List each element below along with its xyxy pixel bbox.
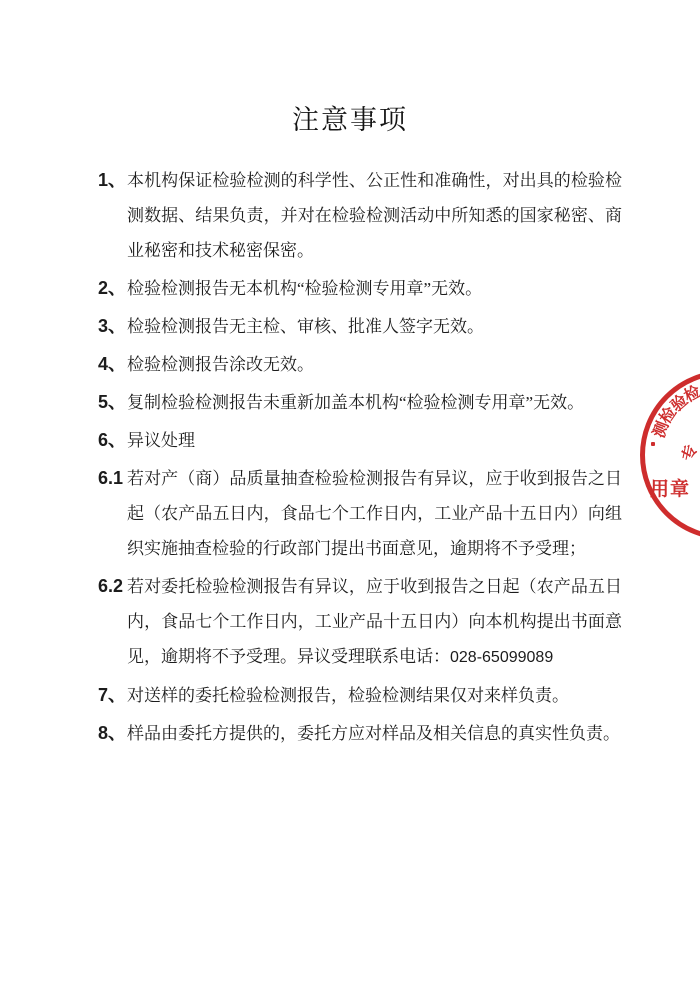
item-number: 7、	[98, 678, 127, 713]
item-text: 检验检测报告无本机构“检验检测专用章”无效。	[127, 271, 622, 306]
text-line: 见，逾期将不予受理。异议受理联系电话：028-65099089	[127, 639, 622, 675]
item-number: 5、	[98, 385, 127, 420]
text-line-content: 本机构保证检验检测的科学性、公正性和准确性，对出具的检验检	[127, 171, 622, 190]
stamp-arc-char: 检	[656, 403, 681, 428]
text-line: 起（农产品五日内，食品七个工作日内，工业产品十五日内）向组	[127, 496, 622, 531]
text-line: 样品由委托方提供的，委托方应对样品及相关信息的真实性负责。	[127, 716, 622, 751]
item-number: 6、	[98, 423, 127, 458]
text-line-content: 若对产（商）品质量抽查检验检测报告有异议，应于收到报告之日	[127, 469, 622, 488]
text-line: 异议处理	[127, 423, 622, 458]
text-line-content: 异议处理	[127, 431, 195, 450]
page-title: 注意事项	[0, 98, 700, 137]
item-number: 8、	[98, 716, 127, 751]
stamp-arc-char: 测	[650, 418, 673, 441]
text-line: 检验检测报告无主检、审核、批准人签字无效。	[127, 309, 622, 344]
notice-item: 1、本机构保证检验检测的科学性、公正性和准确性，对出具的检验检测数据、结果负责，…	[98, 163, 624, 268]
item-text: 本机构保证检验检测的科学性、公正性和准确性，对出具的检验检测数据、结果负责，并对…	[127, 163, 622, 268]
stamp-horizontal-text: 用章	[650, 474, 690, 501]
stamp-arc-char: 检	[681, 383, 700, 407]
phone-number: 028-65099089	[450, 649, 553, 666]
item-text: 若对委托检验检测报告有异议，应于收到报告之日起（农产品五日内，食品七个工作日内，…	[127, 569, 622, 675]
notice-item: 6.2若对委托检验检测报告有异议，应于收到报告之日起（农产品五日内，食品七个工作…	[98, 569, 624, 675]
text-line: 对送样的委托检验检测报告，检验检测结果仅对来样负责。	[127, 678, 622, 713]
item-number: 6.1	[98, 461, 127, 566]
text-line: 织实施抽查检验的行政部门提出书面意见，逾期将不予受理；	[127, 531, 622, 566]
text-line: 检验检测报告涂改无效。	[127, 347, 622, 382]
text-line-content: 对送样的委托检验检测报告，检验检测结果仅对来样负责。	[127, 686, 569, 705]
text-line-content: 复制检验检测报告未重新加盖本机构“检验检测专用章”无效。	[127, 393, 584, 412]
item-number: 4、	[98, 347, 127, 382]
notice-item: 6.1若对产（商）品质量抽查检验检测报告有异议，应于收到报告之日起（农产品五日内…	[98, 461, 624, 566]
text-line: 测数据、结果负责，并对在检验检测活动中所知悉的国家秘密、商	[127, 198, 622, 233]
notice-item: 3、检验检测报告无主检、审核、批准人签字无效。	[98, 309, 624, 344]
text-line: 若对委托检验检测报告有异议，应于收到报告之日起（农产品五日	[127, 569, 622, 604]
inspection-seal-stamp: 检 验 检 测 专 用章	[640, 370, 700, 540]
text-line: 业秘密和技术秘密保密。	[127, 233, 622, 268]
item-number: 6.2	[98, 569, 127, 675]
text-line-content: 织实施抽查检验的行政部门提出书面意见，逾期将不予受理；	[127, 539, 586, 558]
item-text: 样品由委托方提供的，委托方应对样品及相关信息的真实性负责。	[127, 716, 622, 751]
item-number: 3、	[98, 309, 127, 344]
notice-item: 4、检验检测报告涂改无效。	[98, 347, 624, 382]
item-text: 若对产（商）品质量抽查检验检测报告有异议，应于收到报告之日起（农产品五日内，食品…	[127, 461, 622, 566]
notice-item: 6、异议处理	[98, 423, 624, 458]
item-text: 检验检测报告涂改无效。	[127, 347, 622, 382]
text-line-content: 业秘密和技术秘密保密。	[127, 241, 314, 260]
stamp-arc-char: 专	[680, 442, 700, 463]
notice-list: 1、本机构保证检验检测的科学性、公正性和准确性，对出具的检验检测数据、结果负责，…	[98, 163, 624, 754]
text-line: 本机构保证检验检测的科学性、公正性和准确性，对出具的检验检	[127, 163, 622, 198]
text-line-content: 若对委托检验检测报告有异议，应于收到报告之日起（农产品五日	[127, 577, 622, 596]
text-line-content: 见，逾期将不予受理。异议受理联系电话：	[127, 647, 450, 666]
text-line: 内，食品七个工作日内，工业产品十五日内）向本机构提出书面意	[127, 604, 622, 639]
notice-item: 5、复制检验检测报告未重新加盖本机构“检验检测专用章”无效。	[98, 385, 624, 420]
text-line: 检验检测报告无本机构“检验检测专用章”无效。	[127, 271, 622, 306]
item-number: 1、	[98, 163, 127, 268]
text-line-content: 起（农产品五日内，食品七个工作日内，工业产品十五日内）向组	[127, 504, 622, 523]
notice-item: 7、对送样的委托检验检测报告，检验检测结果仅对来样负责。	[98, 678, 624, 713]
notice-item: 8、样品由委托方提供的，委托方应对样品及相关信息的真实性负责。	[98, 716, 624, 751]
item-text: 对送样的委托检验检测报告，检验检测结果仅对来样负责。	[127, 678, 622, 713]
text-line: 复制检验检测报告未重新加盖本机构“检验检测专用章”无效。	[127, 385, 622, 420]
text-line: 若对产（商）品质量抽查检验检测报告有异议，应于收到报告之日	[127, 461, 622, 496]
item-number: 2、	[98, 271, 127, 306]
text-line-content: 样品由委托方提供的，委托方应对样品及相关信息的真实性负责。	[127, 724, 620, 743]
item-text: 异议处理	[127, 423, 622, 458]
text-line-content: 检验检测报告无主检、审核、批准人签字无效。	[127, 317, 484, 336]
text-line-content: 检验检测报告涂改无效。	[127, 355, 314, 374]
document-page: 注意事项 1、本机构保证检验检测的科学性、公正性和准确性，对出具的检验检测数据、…	[0, 0, 700, 992]
text-line-content: 检验检测报告无本机构“检验检测专用章”无效。	[127, 279, 482, 298]
stamp-ink-dot	[651, 442, 655, 446]
text-line-content: 测数据、结果负责，并对在检验检测活动中所知悉的国家秘密、商	[127, 206, 622, 225]
item-text: 检验检测报告无主检、审核、批准人签字无效。	[127, 309, 622, 344]
notice-item: 2、检验检测报告无本机构“检验检测专用章”无效。	[98, 271, 624, 306]
stamp-ring-icon	[640, 370, 700, 540]
stamp-arc-char: 验	[667, 391, 692, 416]
item-text: 复制检验检测报告未重新加盖本机构“检验检测专用章”无效。	[127, 385, 622, 420]
text-line-content: 内，食品七个工作日内，工业产品十五日内）向本机构提出书面意	[127, 612, 622, 631]
